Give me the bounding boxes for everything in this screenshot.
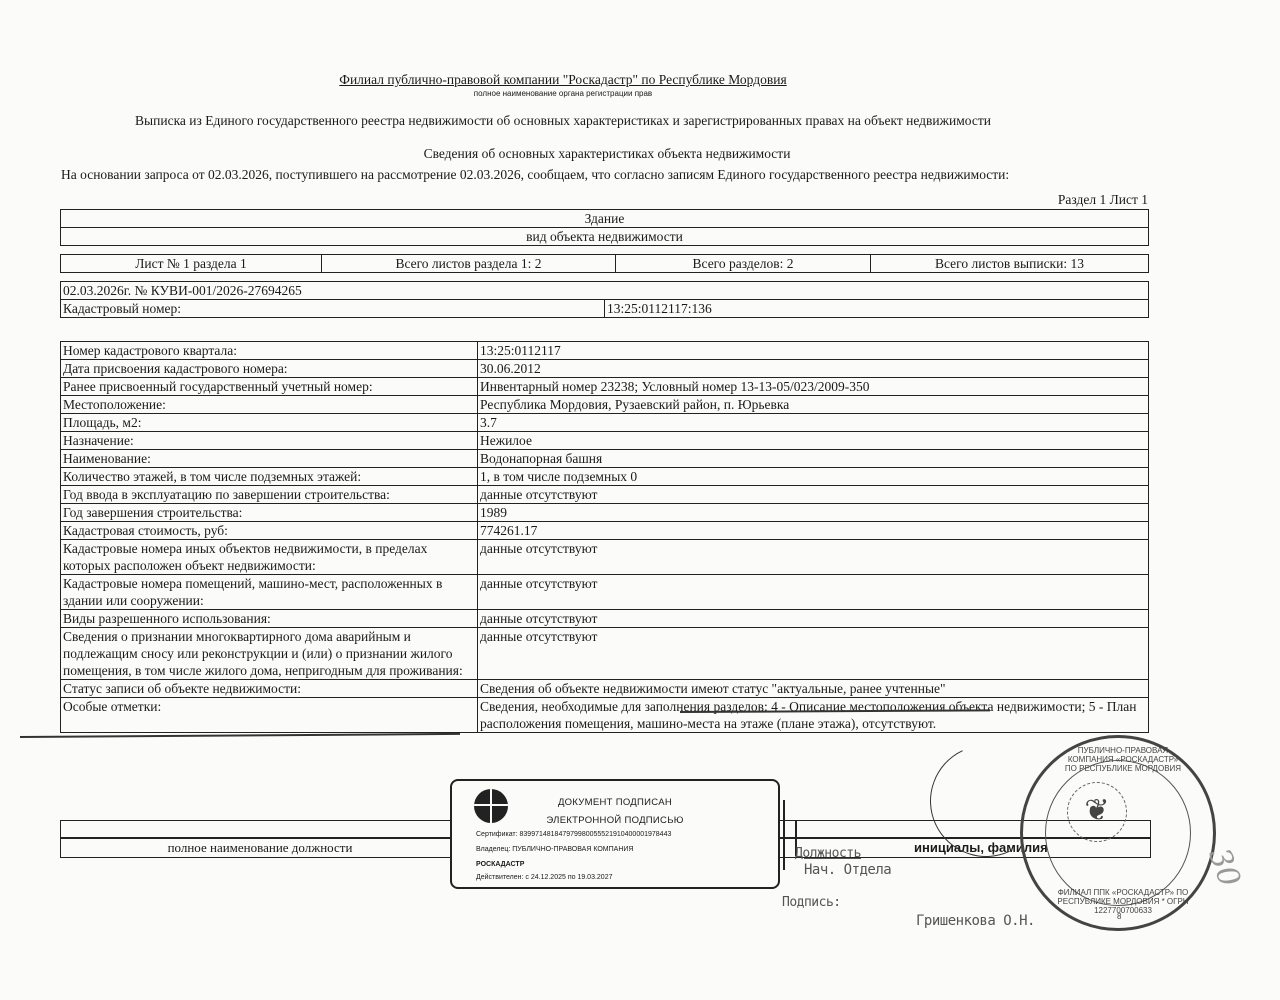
row-value: данные отсутствуют [478,540,1149,575]
row-value: 774261.17 [478,522,1149,540]
row-value: Сведения об объекте недвижимости имеют с… [478,680,1149,698]
table-row: Ранее присвоенный государственный учетны… [61,378,1149,396]
row-label: Год завершения строительства: [61,504,478,522]
row-value: 13:25:0112117 [478,342,1149,360]
organization-caption: полное наименование органа регистрации п… [0,89,1126,98]
intro-text: На основании запроса от 02.03.2026, пост… [61,167,1009,183]
object-kind-table: Здание вид объекта недвижимости [60,209,1149,246]
table-row: Виды разрешенного использования:данные о… [61,610,1149,628]
table-row: Дата присвоения кадастрового номера:30.0… [61,360,1149,378]
table-row: Назначение:Нежилое [61,432,1149,450]
row-label: Особые отметки: [61,698,478,733]
cadastral-number-value: 13:25:0112117:136 [605,300,1149,318]
row-value: Водонапорная башня [478,450,1149,468]
object-kind-value: Здание [61,210,1149,228]
document-title: Выписка из Единого государственного реес… [0,113,1126,129]
row-value: данные отсутствуют [478,486,1149,504]
row-label: Площадь, м2: [61,414,478,432]
row-value: данные отсутствуют [478,610,1149,628]
table-row: Площадь, м2:3.7 [61,414,1149,432]
request-reference: 02.03.2026г. № КУВИ-001/2026-27694265 [61,282,1149,300]
seal-inner-text: ФИЛИАЛ ППК «РОСКАДАСТР» ПО РЕСПУБЛИКЕ МО… [1053,888,1193,915]
table-row: Год завершения строительства:1989 [61,504,1149,522]
row-value: 1, в том числе подземных 0 [478,468,1149,486]
row-label: Кадастровая стоимость, руб: [61,522,478,540]
signature-label: Подпись: [782,895,841,910]
table-row: Количество этажей, в том числе подземных… [61,468,1149,486]
row-label: Год ввода в эксплуатацию по завершении с… [61,486,478,504]
row-label: Местоположение: [61,396,478,414]
esig-valid: Действителен: с 24.12.2025 по 19.03.2027 [476,874,613,881]
divider [783,800,785,870]
total-sheets-count: Всего листов выписки: 13 [871,255,1149,273]
position-value: Нач. Отдела [804,862,891,878]
official-seal: ❦ ПУБЛИЧНО-ПРАВОВАЯ КОМПАНИЯ «РОСКАДАСТР… [1020,735,1216,931]
table-row: Особые отметки:Сведения, необходимые для… [61,698,1149,733]
electronic-signature-stamp: ДОКУМЕНТ ПОДПИСАН ЭЛЕКТРОННОЙ ПОДПИСЬЮ С… [450,779,780,889]
row-label: Дата присвоения кадастрового номера: [61,360,478,378]
row-value: данные отсутствуют [478,575,1149,610]
eagle-emblem-icon: ❦ [1067,782,1127,842]
object-kind-caption: вид объекта недвижимости [61,228,1149,246]
esig-owner: Владелец: ПУБЛИЧНО-ПРАВОВАЯ КОМПАНИЯ [476,846,633,853]
esig-line1: ДОКУМЕНТ ПОДПИСАН [452,797,778,808]
row-label: Количество этажей, в том числе подземных… [61,468,478,486]
characteristics-table: Номер кадастрового квартала:13:25:011211… [60,341,1149,733]
organization-name: Филиал публично-правовой компании "Роска… [0,72,1126,88]
row-label: Виды разрешенного использования: [61,610,478,628]
row-label: Статус записи об объекте недвижимости: [61,680,478,698]
table-row: Статус записи об объекте недвижимости:Св… [61,680,1149,698]
esig-certificate: Сертификат: 8399714818479799800555219104… [476,831,671,838]
table-row: Кадастровые номера помещений, машино-мес… [61,575,1149,610]
row-label: Назначение: [61,432,478,450]
table-row: Кадастровые номера иных объектов недвижи… [61,540,1149,575]
esig-line2: ЭЛЕКТРОННОЙ ПОДПИСЬЮ [452,815,778,826]
row-value: 3.7 [478,414,1149,432]
esig-owner2: РОСКАДАСТР [476,861,524,868]
row-label: Ранее присвоенный государственный учетны… [61,378,478,396]
table-row: Номер кадастрового квартала:13:25:011211… [61,342,1149,360]
row-label: Сведения о признании многоквартирного до… [61,628,478,680]
position-caption: полное наименование должности [60,840,460,856]
row-label: Кадастровые номера иных объектов недвижи… [61,540,478,575]
row-value: данные отсутствуют [478,628,1149,680]
table-row: Год ввода в эксплуатацию по завершении с… [61,486,1149,504]
row-label: Номер кадастрового квартала: [61,342,478,360]
row-value: Инвентарный номер 23238; Условный номер … [478,378,1149,396]
table-row: Местоположение:Республика Мордовия, Руза… [61,396,1149,414]
strike-line [20,733,460,738]
position-stamp: Должность [795,846,861,861]
seal-number: 8 [1117,912,1121,921]
row-value: 1989 [478,504,1149,522]
table-row: Наименование:Водонапорная башня [61,450,1149,468]
sheets-table: Лист № 1 раздела 1 Всего листов раздела … [60,254,1149,273]
cadastral-number-label: Кадастровый номер: [61,300,605,318]
row-value: Нежилое [478,432,1149,450]
row-value: Республика Мордовия, Рузаевский район, п… [478,396,1149,414]
signer-name: Гришенкова О.Н. [916,913,1035,929]
section-sheets-count: Всего листов раздела 1: 2 [322,255,616,273]
row-label: Наименование: [61,450,478,468]
ident-table: 02.03.2026г. № КУВИ-001/2026-27694265 Ка… [60,281,1149,318]
row-value: Сведения, необходимые для заполнения раз… [478,698,1149,733]
sheet-number: Лист № 1 раздела 1 [61,255,322,273]
table-row: Сведения о признании многоквартирного до… [61,628,1149,680]
section-sheet-label: Раздел 1 Лист 1 [1058,192,1148,208]
document-subtitle: Сведения об основных характеристиках объ… [0,146,1214,162]
row-value: 30.06.2012 [478,360,1149,378]
table-row: Кадастровая стоимость, руб:774261.17 [61,522,1149,540]
sections-count: Всего разделов: 2 [616,255,871,273]
seal-outer-text: ПУБЛИЧНО-ПРАВОВАЯ КОМПАНИЯ «РОСКАДАСТР» … [1063,746,1183,773]
row-label: Кадастровые номера помещений, машино-мес… [61,575,478,610]
